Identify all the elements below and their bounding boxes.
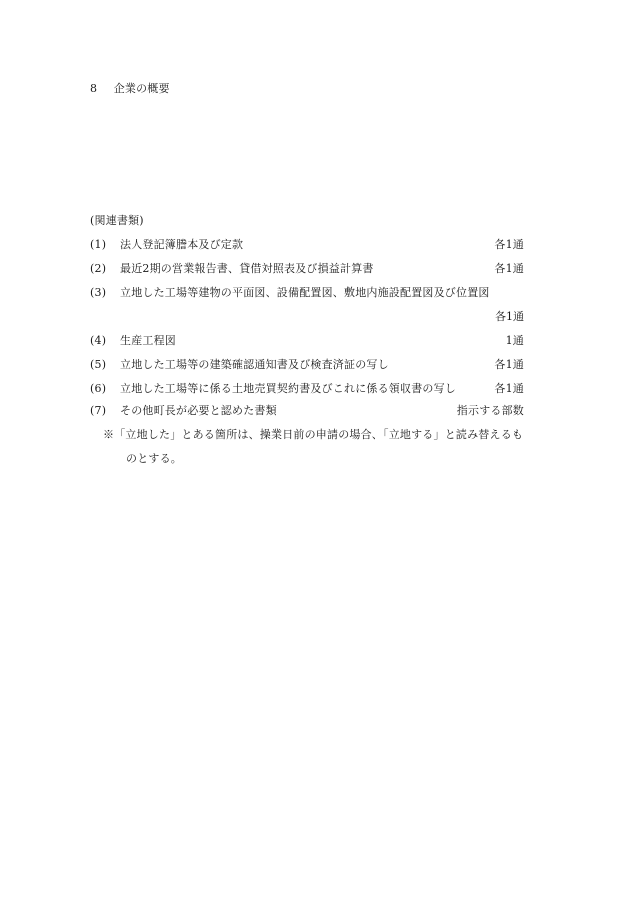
- section-title: 企業の概要: [114, 82, 170, 95]
- item-index: (2): [90, 262, 106, 276]
- note-line-1: ※「立地した」とある箇所は、操業日前の申請の場合、「立地する」と読み替えるも: [103, 428, 523, 442]
- related-documents-heading: (関連書類): [90, 214, 144, 228]
- item-text: 生産工程図: [120, 334, 176, 348]
- note-line-2: のとする。: [126, 452, 182, 466]
- item-index: (5): [90, 358, 106, 372]
- section-heading: 8 企業の概要: [90, 82, 170, 96]
- item-index: (1): [90, 238, 106, 252]
- list-item: (5) 立地した工場等の建築確認通知書及び検査済証の写し 各1通: [90, 358, 524, 372]
- item-index: (6): [90, 382, 106, 396]
- section-number: 8: [90, 82, 110, 96]
- item-quantity: 各1通: [494, 262, 524, 276]
- list-item: (6) 立地した工場等に係る土地売買契約書及びこれに係る領収書の写し 各1通: [90, 382, 524, 396]
- item-quantity: 指示する部数: [457, 404, 524, 418]
- item-quantity: 1通: [506, 334, 524, 348]
- item-text: その他町長が必要と認めた書類: [120, 404, 277, 418]
- item-index: (3): [90, 286, 106, 300]
- list-item: (1) 法人登記簿謄本及び定款 各1通: [90, 238, 524, 252]
- document-page: 8 企業の概要 (関連書類) (1) 法人登記簿謄本及び定款 各1通 (2) 最…: [0, 0, 630, 903]
- item-quantity: 各1通: [494, 238, 524, 252]
- item-index: (4): [90, 334, 106, 348]
- list-item: (2) 最近2期の営業報告書、貸借対照表及び損益計算書 各1通: [90, 262, 524, 276]
- item-text: 立地した工場等の建築確認通知書及び検査済証の写し: [120, 358, 389, 372]
- item-text: 立地した工場等建物の平面図、設備配置図、敷地内施設配置図及び位置図: [120, 286, 490, 300]
- item-text: 最近2期の営業報告書、貸借対照表及び損益計算書: [120, 262, 374, 276]
- item-quantity: 各1通: [90, 310, 524, 324]
- item-index: (7): [90, 404, 106, 418]
- list-item: (4) 生産工程図 1通: [90, 334, 524, 348]
- list-item: (7) その他町長が必要と認めた書類 指示する部数: [90, 404, 524, 418]
- list-item: (3) 立地した工場等建物の平面図、設備配置図、敷地内施設配置図及び位置図: [90, 286, 524, 300]
- item-text: 立地した工場等に係る土地売買契約書及びこれに係る領収書の写し: [120, 382, 456, 396]
- item-quantity: 各1通: [494, 358, 524, 372]
- item-text: 法人登記簿謄本及び定款: [120, 238, 243, 252]
- item-quantity: 各1通: [494, 382, 524, 396]
